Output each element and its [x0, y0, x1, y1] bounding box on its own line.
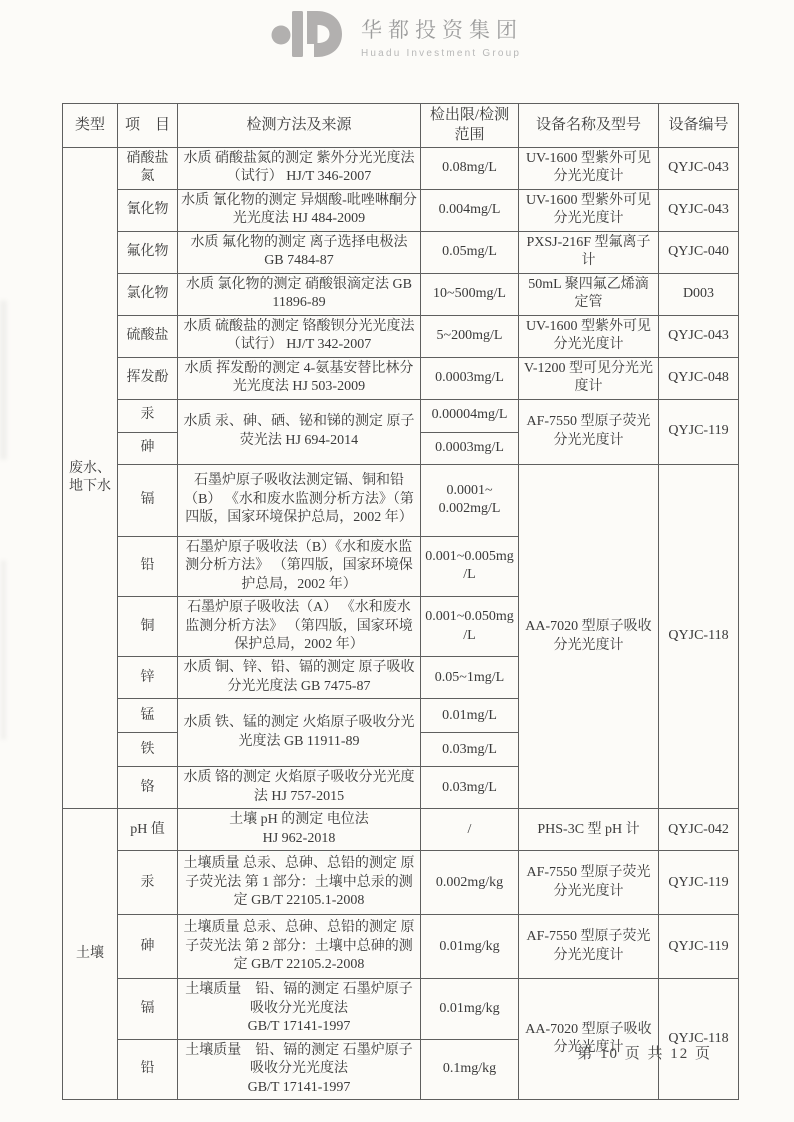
- item-cell: 铅: [118, 536, 178, 596]
- limit-cell: 0.03mg/L: [421, 767, 519, 809]
- item-cell: 氰化物: [118, 189, 178, 231]
- equipment-cell: 50mL 聚四氟乙烯滴定管: [519, 273, 659, 315]
- equip-no-cell: QYJC-040: [659, 231, 739, 273]
- company-logo: 华都投资集团 Huadu Investment Group: [0, 8, 794, 65]
- item-cell: 汞: [118, 399, 178, 432]
- limit-cell: 0.05~1mg/L: [421, 657, 519, 699]
- brand-name-cn: 华都投资集团: [361, 14, 523, 44]
- header-method: 检测方法及来源: [178, 104, 421, 148]
- equip-no-cell: QYJC-119: [659, 399, 739, 464]
- equip-no-cell: D003: [659, 273, 739, 315]
- limit-cell: 0.01mg/kg: [421, 915, 519, 979]
- limit-cell: 0.001~0.005mg/L: [421, 536, 519, 596]
- limit-cell: 5~200mg/L: [421, 315, 519, 357]
- type-cell: 废水、地下水: [63, 148, 118, 809]
- scan-artifact: [0, 300, 7, 460]
- method-cell: 水质 汞、砷、硒、铋和锑的测定 原子荧光法 HJ 694-2014: [178, 399, 421, 464]
- equip-no-cell: QYJC-043: [659, 189, 739, 231]
- table-row: 砷 土壤质量 总汞、总砷、总铅的测定 原子荧光法 第 2 部分：土壤中总砷的测定…: [63, 915, 739, 979]
- equipment-cell: UV-1600 型紫外可见分光光度计: [519, 148, 659, 190]
- method-cell: 土壤质量 铅、镉的测定 石墨炉原子吸收分光光度法 GB/T 17141-1997: [178, 1039, 421, 1099]
- method-cell: 石墨炉原子吸收法（A） 《水和废水监测分析方法》 （第四版，国家环境保护总局，2…: [178, 597, 421, 657]
- table-row: 氯化物 水质 氯化物的测定 硝酸银滴定法 GB 11896-89 10~500m…: [63, 273, 739, 315]
- equip-no-cell: QYJC-118: [659, 464, 739, 809]
- method-cell: 水质 氯化物的测定 硝酸银滴定法 GB 11896-89: [178, 273, 421, 315]
- item-cell: 铜: [118, 597, 178, 657]
- logo-text: 华都投资集团 Huadu Investment Group: [361, 14, 523, 59]
- header-limit: 检出限/检测范围: [421, 104, 519, 148]
- limit-cell: 0.05mg/L: [421, 231, 519, 273]
- table-row: 氰化物 水质 氰化物的测定 异烟酸-吡唑啉酮分光光度法 HJ 484-2009 …: [63, 189, 739, 231]
- table-row: 废水、地下水 硝酸盐氮 水质 硝酸盐氮的测定 紫外分光光度法（试行） HJ/T …: [63, 148, 739, 190]
- method-cell: 水质 铁、锰的测定 火焰原子吸收分光光度法 GB 11911-89: [178, 699, 421, 767]
- table-row: 镉 土壤质量 铅、镉的测定 石墨炉原子吸收分光光度法 GB/T 17141-19…: [63, 979, 739, 1039]
- table-row: 挥发酚 水质 挥发酚的测定 4-氨基安替比林分光光度法 HJ 503-2009 …: [63, 357, 739, 399]
- method-cell: 水质 硝酸盐氮的测定 紫外分光光度法（试行） HJ/T 346-2007: [178, 148, 421, 190]
- table-row: 土壤 pH 值 土壤 pH 的测定 电位法 HJ 962-2018 / PHS-…: [63, 809, 739, 851]
- equipment-cell: AF-7550 型原子荧光分光光度计: [519, 399, 659, 464]
- item-cell: 挥发酚: [118, 357, 178, 399]
- table-row: 汞 水质 汞、砷、硒、铋和锑的测定 原子荧光法 HJ 694-2014 0.00…: [63, 399, 739, 432]
- equip-no-cell: QYJC-119: [659, 915, 739, 979]
- equipment-cell: AA-7020 型原子吸收分光光度计: [519, 464, 659, 809]
- item-cell: 镉: [118, 979, 178, 1039]
- equip-no-cell: QYJC-043: [659, 315, 739, 357]
- limit-cell: 0.00004mg/L: [421, 399, 519, 432]
- item-cell: 铅: [118, 1039, 178, 1099]
- equip-no-cell: QYJC-118: [659, 979, 739, 1100]
- item-cell: 硫酸盐: [118, 315, 178, 357]
- item-cell: 镉: [118, 464, 178, 536]
- huadu-logo-icon: [271, 8, 345, 65]
- limit-cell: 0.03mg/L: [421, 733, 519, 767]
- item-cell: 铁: [118, 733, 178, 767]
- brand-name-en: Huadu Investment Group: [361, 48, 523, 59]
- table-row: 镉 石墨炉原子吸收法测定镉、铜和铅（B） 《水和废水监测分析方法》（第四版，国家…: [63, 464, 739, 536]
- detection-methods-table: 类型 项 目 检测方法及来源 检出限/检测范围 设备名称及型号 设备编号 废水、…: [62, 103, 739, 1100]
- table-row: 硫酸盐 水质 硫酸盐的测定 铬酸钡分光光度法（试行） HJ/T 342-2007…: [63, 315, 739, 357]
- method-cell: 土壤质量 总汞、总砷、总铅的测定 原子荧光法 第 1 部分：土壤中总汞的测定 G…: [178, 851, 421, 915]
- item-cell: 铬: [118, 767, 178, 809]
- limit-cell: 0.1mg/kg: [421, 1039, 519, 1099]
- method-cell: 水质 氰化物的测定 异烟酸-吡唑啉酮分光光度法 HJ 484-2009: [178, 189, 421, 231]
- equipment-cell: AA-7020 型原子吸收分光光度计: [519, 979, 659, 1100]
- table-header-row: 类型 项 目 检测方法及来源 检出限/检测范围 设备名称及型号 设备编号: [63, 104, 739, 148]
- method-cell: 土壤质量 总汞、总砷、总铅的测定 原子荧光法 第 2 部分：土壤中总砷的测定 G…: [178, 915, 421, 979]
- equipment-cell: AF-7550 型原子荧光分光光度计: [519, 851, 659, 915]
- page-number: 第 10 页 共 12 页: [577, 1042, 712, 1063]
- header-item: 项 目: [118, 104, 178, 148]
- item-cell: pH 值: [118, 809, 178, 851]
- limit-cell: 0.001~0.050mg/L: [421, 597, 519, 657]
- limit-cell: 10~500mg/L: [421, 273, 519, 315]
- item-cell: 砷: [118, 915, 178, 979]
- scanned-document-page: 华都投资集团 Huadu Investment Group 类型 项 目 检测方…: [0, 0, 794, 1122]
- equipment-cell: V-1200 型可见分光光度计: [519, 357, 659, 399]
- limit-cell: 0.08mg/L: [421, 148, 519, 190]
- scan-artifact: [1, 560, 6, 740]
- equip-no-cell: QYJC-043: [659, 148, 739, 190]
- item-cell: 锌: [118, 657, 178, 699]
- table-row: 氟化物 水质 氟化物的测定 离子选择电极法 GB 7484-87 0.05mg/…: [63, 231, 739, 273]
- limit-cell: 0.0003mg/L: [421, 357, 519, 399]
- item-cell: 砷: [118, 432, 178, 464]
- limit-cell: 0.01mg/L: [421, 699, 519, 733]
- table-row: 汞 土壤质量 总汞、总砷、总铅的测定 原子荧光法 第 1 部分：土壤中总汞的测定…: [63, 851, 739, 915]
- equipment-cell: PXSJ-216F 型氟离子计: [519, 231, 659, 273]
- limit-cell: 0.0003mg/L: [421, 432, 519, 464]
- equipment-cell: UV-1600 型紫外可见分光光度计: [519, 315, 659, 357]
- method-cell: 水质 铬的测定 火焰原子吸收分光光度法 HJ 757-2015: [178, 767, 421, 809]
- equip-no-cell: QYJC-119: [659, 851, 739, 915]
- item-cell: 硝酸盐氮: [118, 148, 178, 190]
- method-cell: 石墨炉原子吸收法测定镉、铜和铅（B） 《水和废水监测分析方法》（第四版，国家环境…: [178, 464, 421, 536]
- item-cell: 汞: [118, 851, 178, 915]
- limit-cell: 0.0001~ 0.002mg/L: [421, 464, 519, 536]
- method-cell: 水质 铜、锌、铅、镉的测定 原子吸收分光光度法 GB 7475-87: [178, 657, 421, 699]
- method-cell: 土壤 pH 的测定 电位法 HJ 962-2018: [178, 809, 421, 851]
- method-cell: 水质 氟化物的测定 离子选择电极法 GB 7484-87: [178, 231, 421, 273]
- equipment-cell: UV-1600 型紫外可见分光光度计: [519, 189, 659, 231]
- header-equip-no: 设备编号: [659, 104, 739, 148]
- equip-no-cell: QYJC-048: [659, 357, 739, 399]
- equipment-cell: AF-7550 型原子荧光分光光度计: [519, 915, 659, 979]
- method-cell: 石墨炉原子吸收法（B）《水和废水监测分析方法》 （第四版，国家环境保护总局，20…: [178, 536, 421, 596]
- type-cell: 土壤: [63, 809, 118, 1100]
- header-type: 类型: [63, 104, 118, 148]
- method-cell: 水质 挥发酚的测定 4-氨基安替比林分光光度法 HJ 503-2009: [178, 357, 421, 399]
- limit-cell: 0.002mg/kg: [421, 851, 519, 915]
- item-cell: 氯化物: [118, 273, 178, 315]
- method-cell: 土壤质量 铅、镉的测定 石墨炉原子吸收分光光度法 GB/T 17141-1997: [178, 979, 421, 1039]
- method-cell: 水质 硫酸盐的测定 铬酸钡分光光度法（试行） HJ/T 342-2007: [178, 315, 421, 357]
- limit-cell: 0.004mg/L: [421, 189, 519, 231]
- limit-cell: 0.01mg/kg: [421, 979, 519, 1039]
- equipment-cell: PHS-3C 型 pH 计: [519, 809, 659, 851]
- item-cell: 氟化物: [118, 231, 178, 273]
- item-cell: 锰: [118, 699, 178, 733]
- limit-cell: /: [421, 809, 519, 851]
- header-equipment: 设备名称及型号: [519, 104, 659, 148]
- equip-no-cell: QYJC-042: [659, 809, 739, 851]
